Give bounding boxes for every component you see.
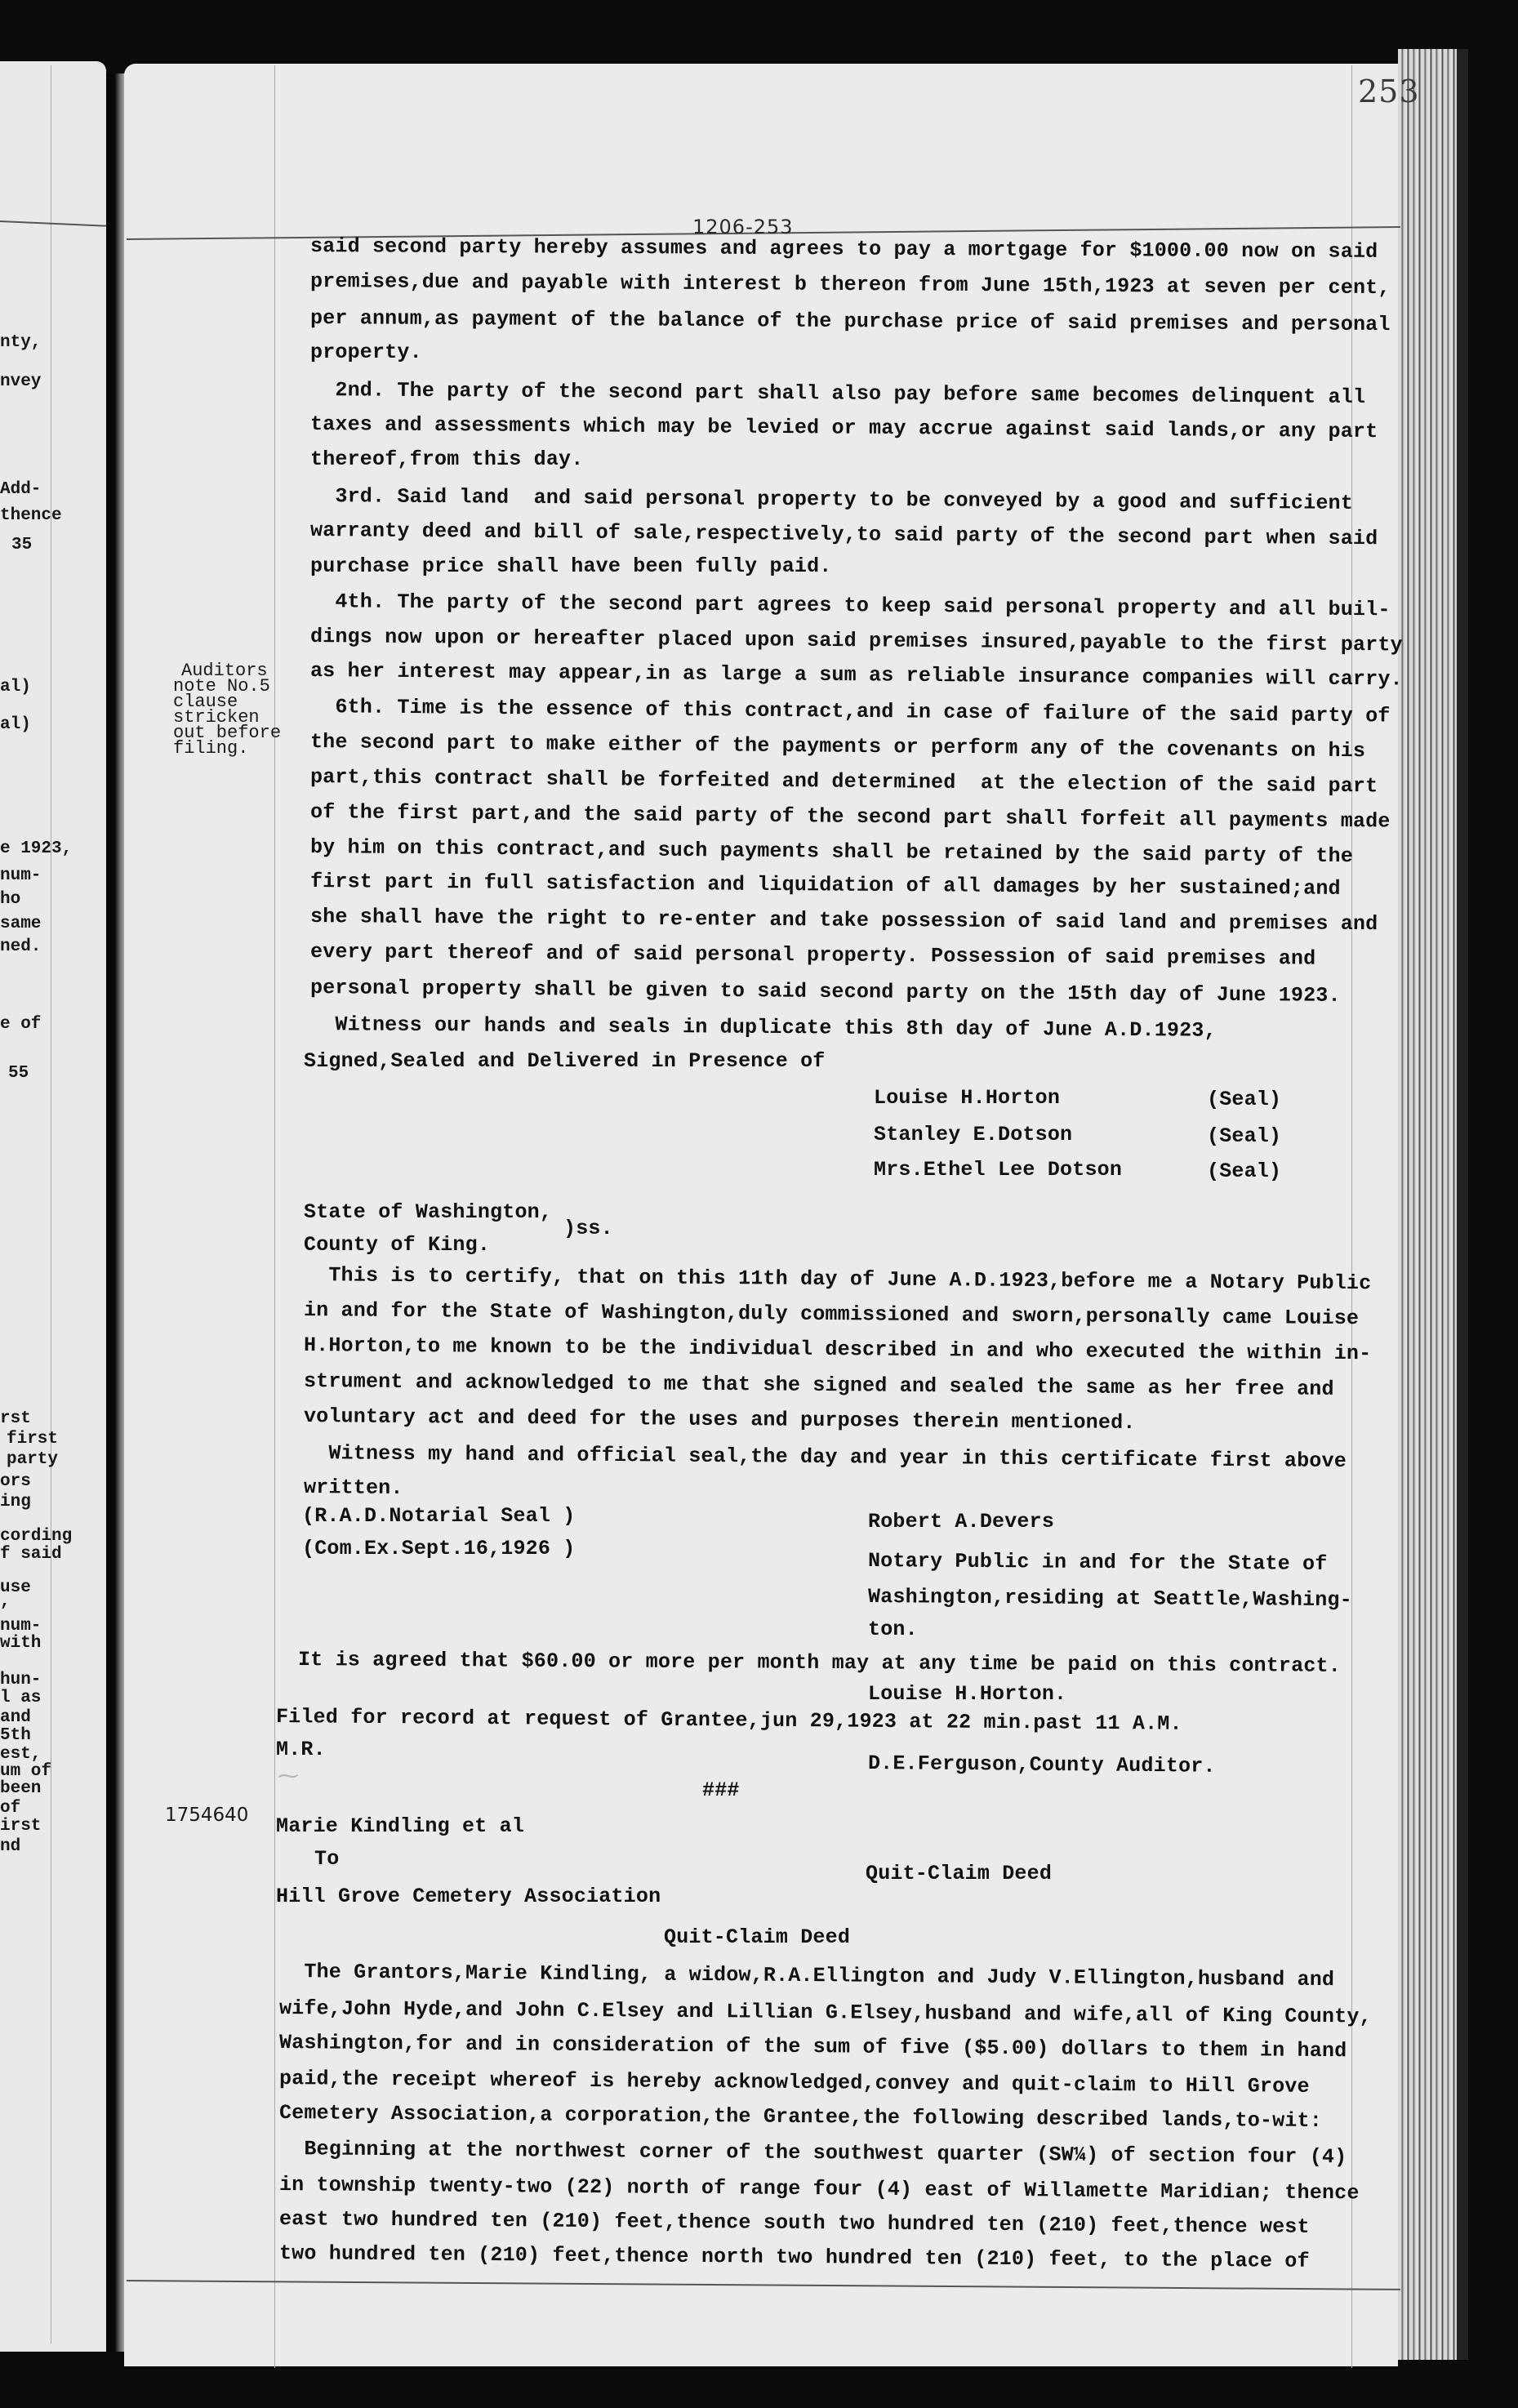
left-page-fragment: Add- — [0, 478, 41, 502]
left-page-fragment: nvey — [0, 370, 41, 394]
page-number: 253 — [1358, 73, 1420, 109]
left-page-fragment: nty, — [0, 331, 41, 355]
venue-ss: )ss. — [563, 1217, 613, 1241]
book-gutter — [106, 73, 126, 2352]
venue-county: County of King. — [304, 1233, 490, 1257]
acknowledgment-line: written. — [304, 1476, 403, 1501]
left-page-fragment: ho — [0, 888, 20, 912]
seal-mark: (Seal) — [1207, 1124, 1281, 1149]
left-page-fragment: al) — [0, 675, 31, 700]
left-page-fragment: thence — [0, 504, 62, 528]
contract-line: purchase price shall have been fully pai… — [310, 554, 832, 579]
notary-line: Robert A.Devers — [868, 1510, 1054, 1534]
grantee-name: Hill Grove Cemetery Association — [276, 1885, 661, 1909]
page-edge-stack — [1398, 49, 1457, 2360]
quitclaim-heading: Quit-Claim Deed — [664, 1925, 850, 1950]
venue-state: State of Washington, — [304, 1200, 552, 1225]
section-separator: ### — [702, 1778, 740, 1803]
left-page-fragment: e of — [0, 1013, 41, 1037]
notarial-seal-note: (R.A.D.Notarial Seal ) — [302, 1504, 575, 1529]
to-label: To — [314, 1847, 339, 1872]
left-page-fragment: num- — [0, 864, 41, 888]
seal-mark: (Seal) — [1207, 1088, 1281, 1112]
signatory-name: Stanley E.Dotson — [874, 1123, 1072, 1147]
left-page-fragment: 35 — [11, 533, 32, 558]
left-page-fragment: e 1923, — [0, 837, 72, 861]
clerk-initials: M.R. — [276, 1738, 326, 1762]
signatory-name: Mrs.Ethel Lee Dotson — [874, 1158, 1122, 1182]
left-page-margin-rule — [51, 65, 51, 2343]
contract-line: thereof,from this day. — [310, 447, 583, 472]
left-page-fragment: same — [0, 912, 41, 937]
left-page-fragment: party — [7, 1448, 58, 1472]
margin-rule — [274, 65, 275, 2368]
addendum-signer: Louise H.Horton. — [868, 1682, 1066, 1707]
page-edge-shadow — [1457, 49, 1468, 2360]
margin-note-line: filing. — [173, 741, 248, 756]
commission-expiry: (Com.Ex.Sept.16,1926 ) — [302, 1537, 575, 1561]
contract-line: Signed,Sealed and Delivered in Presence … — [304, 1049, 826, 1074]
document-type: Quit-Claim Deed — [866, 1862, 1052, 1886]
grantor-name: Marie Kindling et al — [276, 1814, 524, 1839]
instrument-number: 1754640 — [165, 1805, 248, 1826]
left-page-fragment: with — [0, 1631, 41, 1656]
book-reference: 1206-253 — [692, 216, 794, 238]
seal-mark: (Seal) — [1207, 1159, 1281, 1184]
notary-line: Notary Public in and for the State of — [868, 1549, 1328, 1577]
left-page-fragment: ned. — [0, 935, 41, 959]
left-page-fragment: , — [0, 1590, 11, 1614]
notary-line: Washington,residing at Seattle,Washing- — [868, 1585, 1352, 1613]
left-page-fragment: nd — [0, 1835, 20, 1859]
contract-line: property. — [310, 341, 422, 365]
signatory-name: Louise H.Horton — [874, 1086, 1060, 1111]
notary-line: ton. — [868, 1618, 918, 1642]
left-page-fragment: 55 — [8, 1062, 29, 1086]
left-page-fragment: al) — [0, 713, 31, 737]
pencil-annotation: ⁓ — [278, 1764, 299, 1788]
left-page-fragment: ing — [0, 1490, 31, 1515]
facing-left-page — [0, 61, 106, 2352]
left-page-fragment: f said — [0, 1542, 62, 1567]
county-auditor: D.E.Ferguson,County Auditor. — [868, 1751, 1216, 1779]
